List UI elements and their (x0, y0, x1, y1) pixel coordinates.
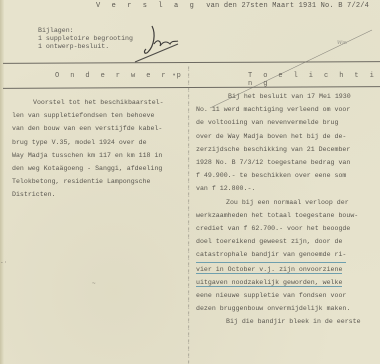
table-top-rule (3, 61, 380, 64)
subject-line: van den bouw van een verstijfde kabel- (12, 122, 164, 135)
margin-mark: -· (0, 259, 7, 266)
explanation-line: de voltooiing van nevenvermelde brug (196, 116, 361, 129)
page-edge-shadow (0, 0, 4, 364)
subject-line: Districten. (12, 188, 164, 201)
enclosures-block: Bijlagen: 1 suppletoire begrooting 1 ont… (38, 27, 133, 51)
subject-line: Way Madja tusschen km 117 en km 118 in (12, 149, 164, 162)
subject-line: den weg Kotaägoeng - Sanggi, afdeeling (12, 162, 164, 175)
subject-line: Voorstel tot het beschikbaarstel- (12, 96, 164, 109)
enclosure-item: 1 suppletoire begrooting (38, 35, 133, 43)
explanation-line: Bij het besluit van 17 Mei 1930 (196, 90, 361, 103)
explanation-line: Bij die bandjir bleek in de eerste (196, 315, 361, 328)
explanation-line-underlined: uitgaven noodzakelijk geworden, welke (196, 279, 342, 287)
explanation-line: doel toereikend geweest zijn, door de (196, 235, 361, 248)
paper-mark: ~ (92, 280, 96, 287)
handwritten-signature (140, 24, 190, 64)
enclosure-item: 1 ontwerp-besluit. (38, 43, 133, 51)
report-title: V e r s l a g van den 27sten Maart 1931 … (96, 2, 369, 10)
marginal-initials: Wm (337, 40, 347, 46)
report-title-date-number: van den 27sten Maart 1931 No. B 7/2/4 (206, 2, 369, 10)
heading-dot: • (172, 72, 176, 80)
column-heading-explanation: T o e l i c h t i n g (248, 72, 380, 88)
subject-line: Telokbetong, residentie Lampongsche (12, 175, 164, 188)
explanation-line: dezen bruggenbouw onvermijdelijk maken. (196, 302, 361, 315)
explanation-line: crediet van f 62.700.- voor het beoogde (196, 222, 361, 235)
explanation-line: van f 12.800.-. (196, 182, 361, 195)
subject-line: brug type V.35, model 1924 over de (12, 136, 164, 149)
explanation-line: werkzaamheden het totaal toegestane bouw… (196, 209, 361, 222)
explanation-line: 1928 No. B 7/3/12 toegestane bedrag van (196, 156, 361, 169)
report-title-word: V e r s l a g (96, 2, 197, 10)
explanation-column: Bij het besluit van 17 Mei 1930 No. 11 w… (196, 90, 361, 329)
explanation-line: No. 11 werd machtiging verleend om voor (196, 103, 361, 116)
explanation-line: zerzijdsche beschikking van 21 December (196, 143, 361, 156)
explanation-line-underlined: catastrophale bandjir van genoemde ri- (196, 248, 346, 262)
scanned-document-page: V e r s l a g van den 27sten Maart 1931 … (0, 0, 380, 364)
column-heading-subject: O n d e r w e r p (55, 72, 184, 80)
column-divider: ! ! ! ! ! ! ! ! ! ! ! ! ! ! ! ! ! ! ! ! … (187, 66, 191, 364)
explanation-line: over de Way Madja boven het bij de de- (196, 130, 361, 143)
explanation-line: f 49.900.- te beschikken over eene som (196, 169, 361, 182)
explanation-line: Zou bij een normaal verloop der (196, 196, 361, 209)
explanation-line-underlined: vier in October v.j. zijn onvoorziene (196, 266, 342, 274)
enclosures-heading: Bijlagen: (38, 27, 133, 35)
explanation-line: eene nieuwe suppletie van fondsen voor (196, 289, 361, 302)
subject-column: Voorstel tot het beschikbaarstel- len va… (12, 96, 164, 202)
subject-line: len van suppletiefondsen ten behoeve (12, 109, 164, 122)
